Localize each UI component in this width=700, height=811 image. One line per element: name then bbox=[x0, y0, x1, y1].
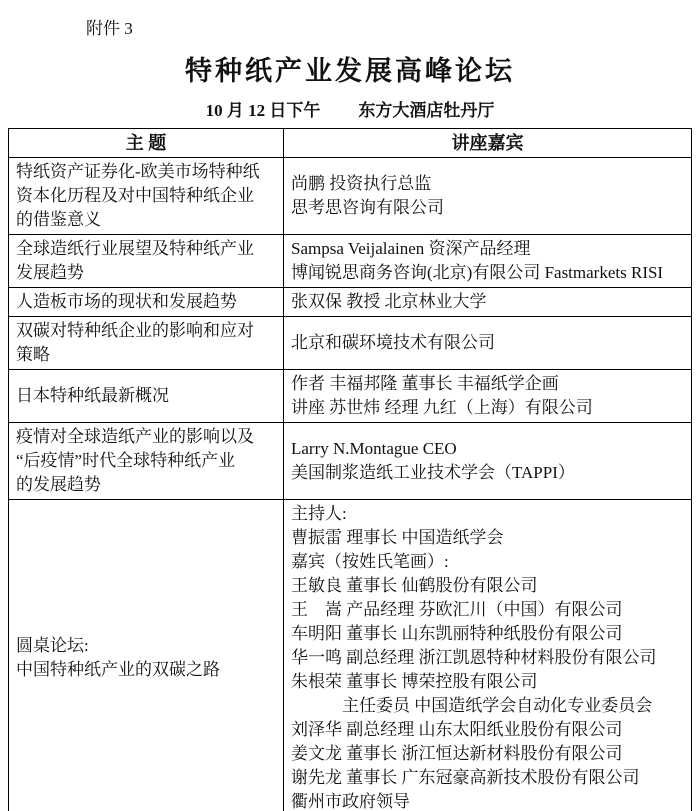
speakers-cell: Sampsa Veijalainen 资深产品经理 博闻锐思商务咨询(北京)有限… bbox=[284, 235, 692, 288]
topic-column-header: 主 题 bbox=[9, 129, 284, 158]
table-row: 人造板市场的现状和发展趋势张双保 教授 北京林业大学 bbox=[9, 288, 692, 317]
topic-cell: 特纸资产证券化-欧美市场特种纸 资本化历程及对中国特种纸企业 的借鉴意义 bbox=[9, 158, 284, 235]
topic-cell: 日本特种纸最新概况 bbox=[9, 370, 284, 423]
topic-cell: 圆桌论坛: 中国特种纸产业的双碳之路 bbox=[9, 500, 284, 811]
topic-cell: 人造板市场的现状和发展趋势 bbox=[9, 288, 284, 317]
table-row: 日本特种纸最新概况作者 丰福邦隆 董事长 丰福纸学企画 讲座 苏世炜 经理 九红… bbox=[9, 370, 692, 423]
speakers-cell: Larry N.Montague CEO 美国制浆造纸工业技术学会（TAPPI） bbox=[284, 423, 692, 500]
topic-cell: 双碳对特种纸企业的影响和应对 策略 bbox=[9, 317, 284, 370]
document-page: 附件 3 特种纸产业发展高峰论坛 10 月 12 日下午东方大酒店牡丹厅 主 题… bbox=[0, 0, 700, 811]
topic-cell: 疫情对全球造纸产业的影响以及 “后疫情”时代全球特种纸产业 的发展趋势 bbox=[9, 423, 284, 500]
table-row: 双碳对特种纸企业的影响和应对 策略北京和碳环境技术有限公司 bbox=[9, 317, 692, 370]
table-header-row: 主 题 讲座嘉宾 bbox=[9, 129, 692, 158]
speakers-cell: 张双保 教授 北京林业大学 bbox=[284, 288, 692, 317]
table-row: 圆桌论坛: 中国特种纸产业的双碳之路主持人: 曹振雷 理事长 中国造纸学会 嘉宾… bbox=[9, 500, 692, 811]
speakers-column-header: 讲座嘉宾 bbox=[284, 129, 692, 158]
subtitle-venue: 东方大酒店牡丹厅 bbox=[358, 101, 494, 120]
agenda-table: 主 题 讲座嘉宾 特纸资产证券化-欧美市场特种纸 资本化历程及对中国特种纸企业 … bbox=[8, 128, 692, 811]
speakers-cell: 尚鹏 投资执行总监 思考思咨询有限公司 bbox=[284, 158, 692, 235]
table-row: 全球造纸行业展望及特种纸产业 发展趋势Sampsa Veijalainen 资深… bbox=[9, 235, 692, 288]
table-row: 特纸资产证券化-欧美市场特种纸 资本化历程及对中国特种纸企业 的借鉴意义尚鹏 投… bbox=[9, 158, 692, 235]
table-row: 疫情对全球造纸产业的影响以及 “后疫情”时代全球特种纸产业 的发展趋势Larry… bbox=[9, 423, 692, 500]
page-title: 特种纸产业发展高峰论坛 bbox=[8, 49, 692, 88]
subtitle: 10 月 12 日下午东方大酒店牡丹厅 bbox=[8, 96, 692, 121]
subtitle-time: 10 月 12 日下午 bbox=[206, 101, 321, 120]
speakers-cell: 作者 丰福邦隆 董事长 丰福纸学企画 讲座 苏世炜 经理 九红（上海）有限公司 bbox=[284, 370, 692, 423]
attachment-label: 附件 3 bbox=[86, 14, 692, 39]
topic-cell: 全球造纸行业展望及特种纸产业 发展趋势 bbox=[9, 235, 284, 288]
speakers-cell: 北京和碳环境技术有限公司 bbox=[284, 317, 692, 370]
speakers-cell: 主持人: 曹振雷 理事长 中国造纸学会 嘉宾（按姓氏笔画）: 王敏良 董事长 仙… bbox=[284, 500, 692, 811]
